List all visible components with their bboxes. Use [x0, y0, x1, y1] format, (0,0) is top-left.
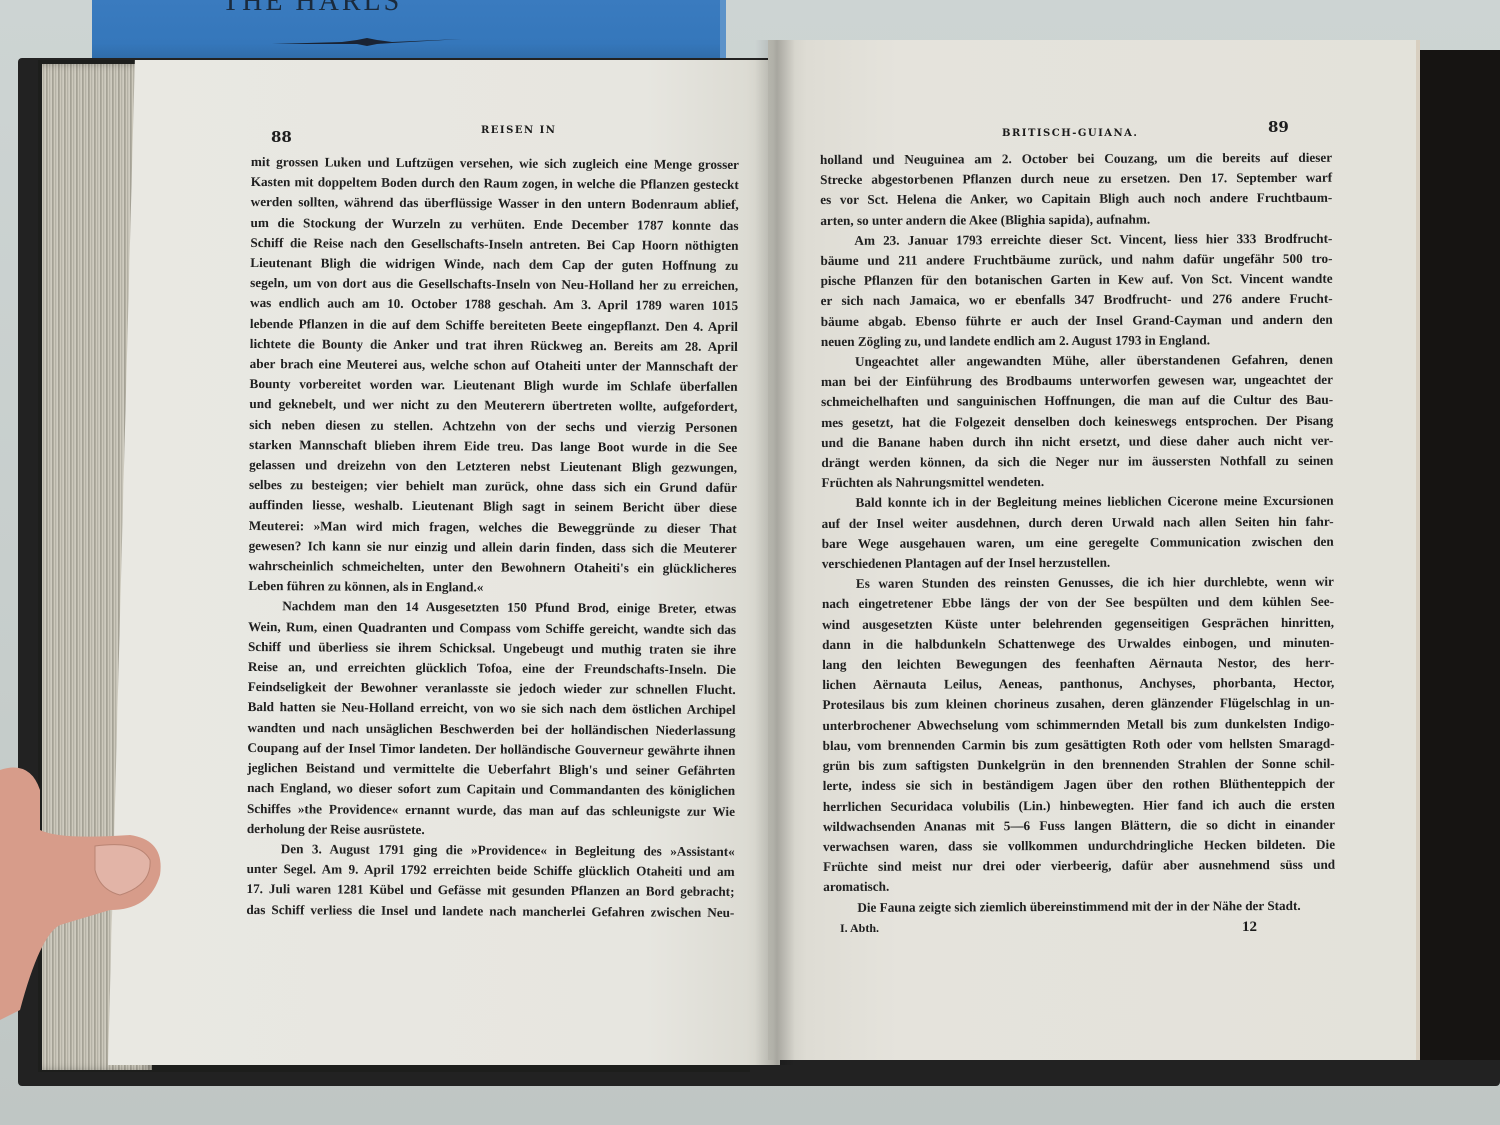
text-line: Es waren Stunden des reinsten Genusses, … — [822, 572, 1334, 594]
right-page-body: holland und Neuguinea am 2. October bei … — [820, 148, 1335, 918]
text-line: grün bis zum saftigsten Dunkelgrün in de… — [823, 754, 1335, 776]
text-line: Wein, Rum, einen Quadranten und Compass … — [248, 617, 736, 640]
text-line: um die Stockung der Wurzeln zu verhüten.… — [251, 213, 739, 236]
page-number-left: 88 — [271, 128, 292, 146]
ornament-divider-icon — [272, 38, 462, 46]
text-line: nach eingetretener Ebbe längs der von de… — [822, 592, 1334, 614]
text-line: Protesilaus bis zum kleinen chorineus zu… — [822, 693, 1334, 715]
running-head-right: BRITISCH-GUIANA. — [1002, 128, 1138, 139]
text-line: arten, so unter andern die Akee (Blighia… — [820, 208, 1332, 230]
text-line: pische Pflanzen für den botanischen Gart… — [821, 269, 1333, 291]
text-line: man bei der Einführung des Brodbaums unt… — [821, 370, 1333, 392]
text-line: Nachdem man den 14 Ausgesetzten 150 Pfun… — [248, 596, 736, 619]
text-line: sich neben diesen zu stellen. Achtzehn v… — [249, 415, 737, 438]
text-line: auf der Insel weiter ausdehnen, durch de… — [822, 511, 1334, 533]
text-line: es vor Sct. Helena die Anker, wo Capitai… — [820, 188, 1332, 210]
text-line: Ungeachtet aller angewandten Mühe, aller… — [821, 350, 1333, 372]
text-line: Früchte sind meist nur drei oder vierbee… — [823, 855, 1335, 877]
text-line: lebende Pflanzen in die auf dem Schiffe … — [250, 314, 738, 337]
text-line: und geknebelt, und wer nicht zu den Meut… — [249, 394, 737, 417]
text-line: Bald konnte ich in der Begleitung meines… — [821, 491, 1333, 513]
left-page: 88 REISEN IN mit grossen Luken und Luftz… — [108, 60, 780, 1065]
text-line: drängt werden können, da sich die Neger … — [821, 451, 1333, 473]
left-page-body: mit grossen Luken und Luftzügen versehen… — [246, 152, 739, 923]
right-page: BRITISCH-GUIANA. 89 holland und Neuguine… — [768, 40, 1420, 1060]
text-line: blau, vom brennenden Carmin bis zum gesä… — [823, 734, 1335, 756]
text-line: herrlichen Securidaca volubilis (Lin.) h… — [823, 794, 1335, 816]
text-line: Die Fauna zeigte sich ziemlich übereinst… — [823, 895, 1335, 917]
text-line: lang den leichten Bewegungen des feenhaf… — [822, 653, 1334, 675]
text-line: und die Banane haben durch ihn nicht ers… — [821, 431, 1333, 453]
signature-mark: I. Abth. — [840, 921, 879, 936]
hand-thumb — [0, 760, 170, 1060]
text-line: schmeichelhaften und sanguinischen Hoffn… — [821, 390, 1333, 412]
text-line: Bald hatten sie Neu-Holland erreicht, vo… — [248, 697, 736, 720]
text-line: wildwachsenden Ananas mit 5—6 Fuss lange… — [823, 814, 1335, 836]
text-line: aromatisch. — [823, 875, 1335, 897]
text-line: nach England, wo dieser sofort zum Capit… — [247, 778, 735, 801]
background-book-title: THE HARLS — [222, 0, 402, 18]
text-line: bäume und 211 andere Fruchtbäume zurück,… — [820, 249, 1332, 271]
text-line: was endlich auch am 10. October 1788 ges… — [250, 293, 738, 316]
text-line: das Schiff verliess die Insel und landet… — [246, 900, 734, 923]
text-line: neuen Zögling zu, und landete endlich am… — [821, 330, 1333, 352]
text-line: wandten und nach unsäglichen Beschwerden… — [247, 718, 735, 741]
text-line: Am 23. Januar 1793 erreichte dieser Sct.… — [820, 229, 1332, 251]
text-line: Meuterei: »Man wird mich fragen, welches… — [249, 516, 737, 539]
text-line: Früchten als Nahrungsmittel wendeten. — [821, 471, 1333, 493]
text-line: 17. Juli waren 1281 Kübel und Gefässe mi… — [246, 879, 734, 902]
text-line: unterbrochener Abwechselung vom schimmer… — [822, 713, 1334, 735]
running-head-left: REISEN IN — [481, 125, 556, 136]
text-line: bäume abgab. Ebenso führte er auch der I… — [821, 309, 1333, 331]
text-line: Strecke abgestorbenen Pflanzen durch neu… — [820, 168, 1332, 190]
text-line: dann in die halbdunkeln Schattenwege des… — [822, 633, 1334, 655]
text-line: bare Wege ausgehauen waren, um eine gere… — [822, 532, 1334, 554]
text-line: er sich nach Jamaica, wo er ebenfalls 34… — [821, 289, 1333, 311]
page-number-right: 89 — [1268, 118, 1289, 136]
background-book-cover: THE HARLS — [92, 0, 726, 62]
signature-number: 12 — [1242, 919, 1257, 936]
text-line: wind ausgesetzten Küste unter belehrende… — [822, 612, 1334, 634]
text-line: lerte, indess sie sich in beständigem Ja… — [823, 774, 1335, 796]
text-line: lichen Aërnauta Leilus, Aeneas, panthonu… — [822, 673, 1334, 695]
text-line: werden sollten, während das überflüssige… — [251, 192, 739, 215]
text-line: auffinden liesse, weshalb. Lieutenant Bl… — [249, 495, 737, 518]
text-line: mes gesetzt, hat die Folgezeit denselben… — [821, 410, 1333, 432]
text-line: holland und Neuguinea am 2. October bei … — [820, 148, 1332, 170]
book-gutter — [755, 40, 795, 1065]
text-line: Schiffes »the Providence« ernannt wurde,… — [247, 798, 735, 821]
book-cover-right-board — [1410, 50, 1500, 1060]
text-line: verwachsen waren, dass sie vollkommen un… — [823, 835, 1335, 857]
text-line: verschiedenen Plantagen auf der Insel he… — [822, 552, 1334, 574]
text-line: derholung der Reise ausrüstete. — [247, 819, 735, 842]
